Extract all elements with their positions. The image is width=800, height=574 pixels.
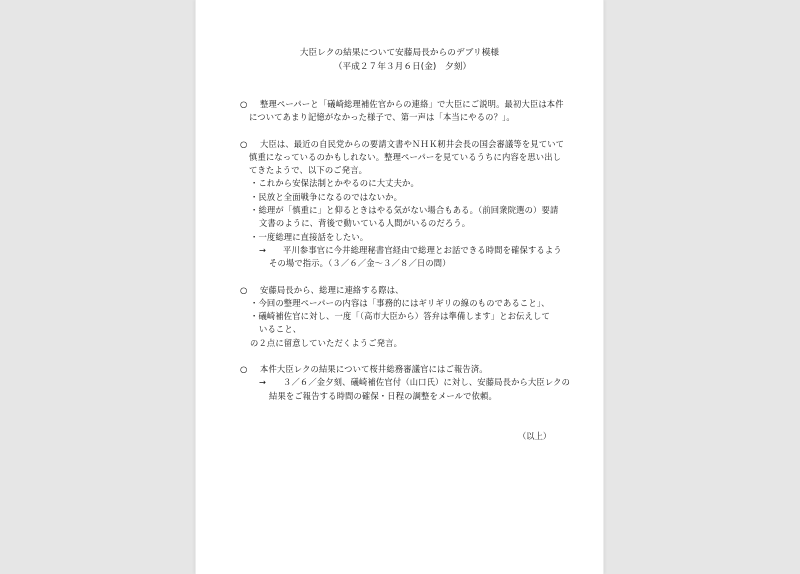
section-1: ○整理ペーパーと「礒崎総理補佐官からの連絡」で大臣にご説明。最初大臣は本件 につ…: [240, 98, 580, 125]
section-3: ○安藤局長から、総理に連絡する際は、 ・今回の整理ペーパーの内容は「事務的にはギ…: [240, 284, 580, 350]
bullet-item: ・これから安保法制とかやるのに大丈夫か。: [240, 177, 580, 190]
bullet-item: ・総理が「慎重に」と仰るときはやる気がない場合もある。（前回衆院選の）要請: [240, 204, 580, 217]
section-4: ○本件大臣レクの結果について桜井総務審議官にはご報告済。 →３／６／金夕刻、礒崎…: [240, 363, 580, 403]
arrow-item-continuation: その場で指示。（３／６／金～３／８／日の間）: [240, 257, 580, 270]
section-text: についてあまり記憶がなかった様子で、第一声は「本当にやるの？」。: [240, 111, 580, 124]
arrow-item-text: ３／６／金夕刻、礒崎補佐官付（山口氏）に対し、安藤局長から大臣レクの: [283, 377, 570, 387]
bullet-item-continuation: 文書のように、背後で動いている人間がいるのだろう。: [240, 217, 580, 230]
arrow-item-continuation: 結果をご報告する時間の確保・日程の調整をメールで依頼。: [240, 390, 580, 403]
section-text: 大臣は、最近の自民党からの要請文書やＮＨＫ籾井会長の国会審議等を見ていて: [260, 139, 564, 149]
circle-marker-icon: ○: [240, 284, 260, 297]
bullet-item: ・民放と全面戦争になるのではないか。: [240, 191, 580, 204]
section-text: てきたようで、以下のご発言。: [240, 164, 580, 177]
bullet-item: ・一度総理に直接話をしたい。: [240, 231, 580, 244]
section-text: 整理ペーパーと「礒崎総理補佐官からの連絡」で大臣にご説明。最初大臣は本件: [260, 99, 564, 109]
document-title: 大臣レクの結果について安藤局長からのデブリ模様: [196, 46, 603, 60]
document-subtitle: （平成２７年３月６日(金) 夕刻）: [196, 60, 603, 74]
arrow-item: →３／６／金夕刻、礒崎補佐官付（山口氏）に対し、安藤局長から大臣レクの: [240, 376, 580, 389]
arrow-item-text: 平川参事官に今井総理秘書官経由で総理とお話できる時間を確保するよう: [283, 245, 562, 255]
arrow-right-icon: →: [259, 376, 283, 389]
title-block: 大臣レクの結果について安藤局長からのデブリ模様 （平成２７年３月６日(金) 夕刻…: [196, 46, 603, 74]
circle-marker-icon: ○: [240, 363, 260, 376]
bullet-item: ・今回の整理ペーパーの内容は「事務的にはギリギリの線のものであること」、: [240, 297, 580, 310]
bullet-item: ・礒崎補佐官に対し、一度「（高市大臣から）答弁は準備します」とお伝えして: [240, 310, 580, 323]
section-text: 慎重になっているのかもしれない。整理ペーパーを見ているうちに内容を思い出し: [240, 151, 580, 164]
section-closing-line: の２点に留意していただくようご発言。: [240, 337, 580, 350]
arrow-right-icon: →: [259, 244, 283, 257]
circle-marker-icon: ○: [240, 138, 260, 151]
document-page: 大臣レクの結果について安藤局長からのデブリ模様 （平成２７年３月６日(金) 夕刻…: [196, 0, 603, 574]
document-body: ○整理ペーパーと「礒崎総理補佐官からの連絡」で大臣にご説明。最初大臣は本件 につ…: [240, 98, 580, 416]
circle-marker-icon: ○: [240, 98, 260, 111]
section-text: 本件大臣レクの結果について桜井総務審議官にはご報告済。: [260, 364, 488, 374]
section-2: ○大臣は、最近の自民党からの要請文書やＮＨＫ籾井会長の国会審議等を見ていて 慎重…: [240, 138, 580, 271]
bullet-item-continuation: いること、: [240, 323, 580, 336]
closing-mark: （以上）: [518, 430, 551, 442]
section-text: 安藤局長から、総理に連絡する際は、: [260, 285, 404, 295]
document-viewer: 大臣レクの結果について安藤局長からのデブリ模様 （平成２７年３月６日(金) 夕刻…: [0, 0, 800, 574]
arrow-item: →平川参事官に今井総理秘書官経由で総理とお話できる時間を確保するよう: [240, 244, 580, 257]
